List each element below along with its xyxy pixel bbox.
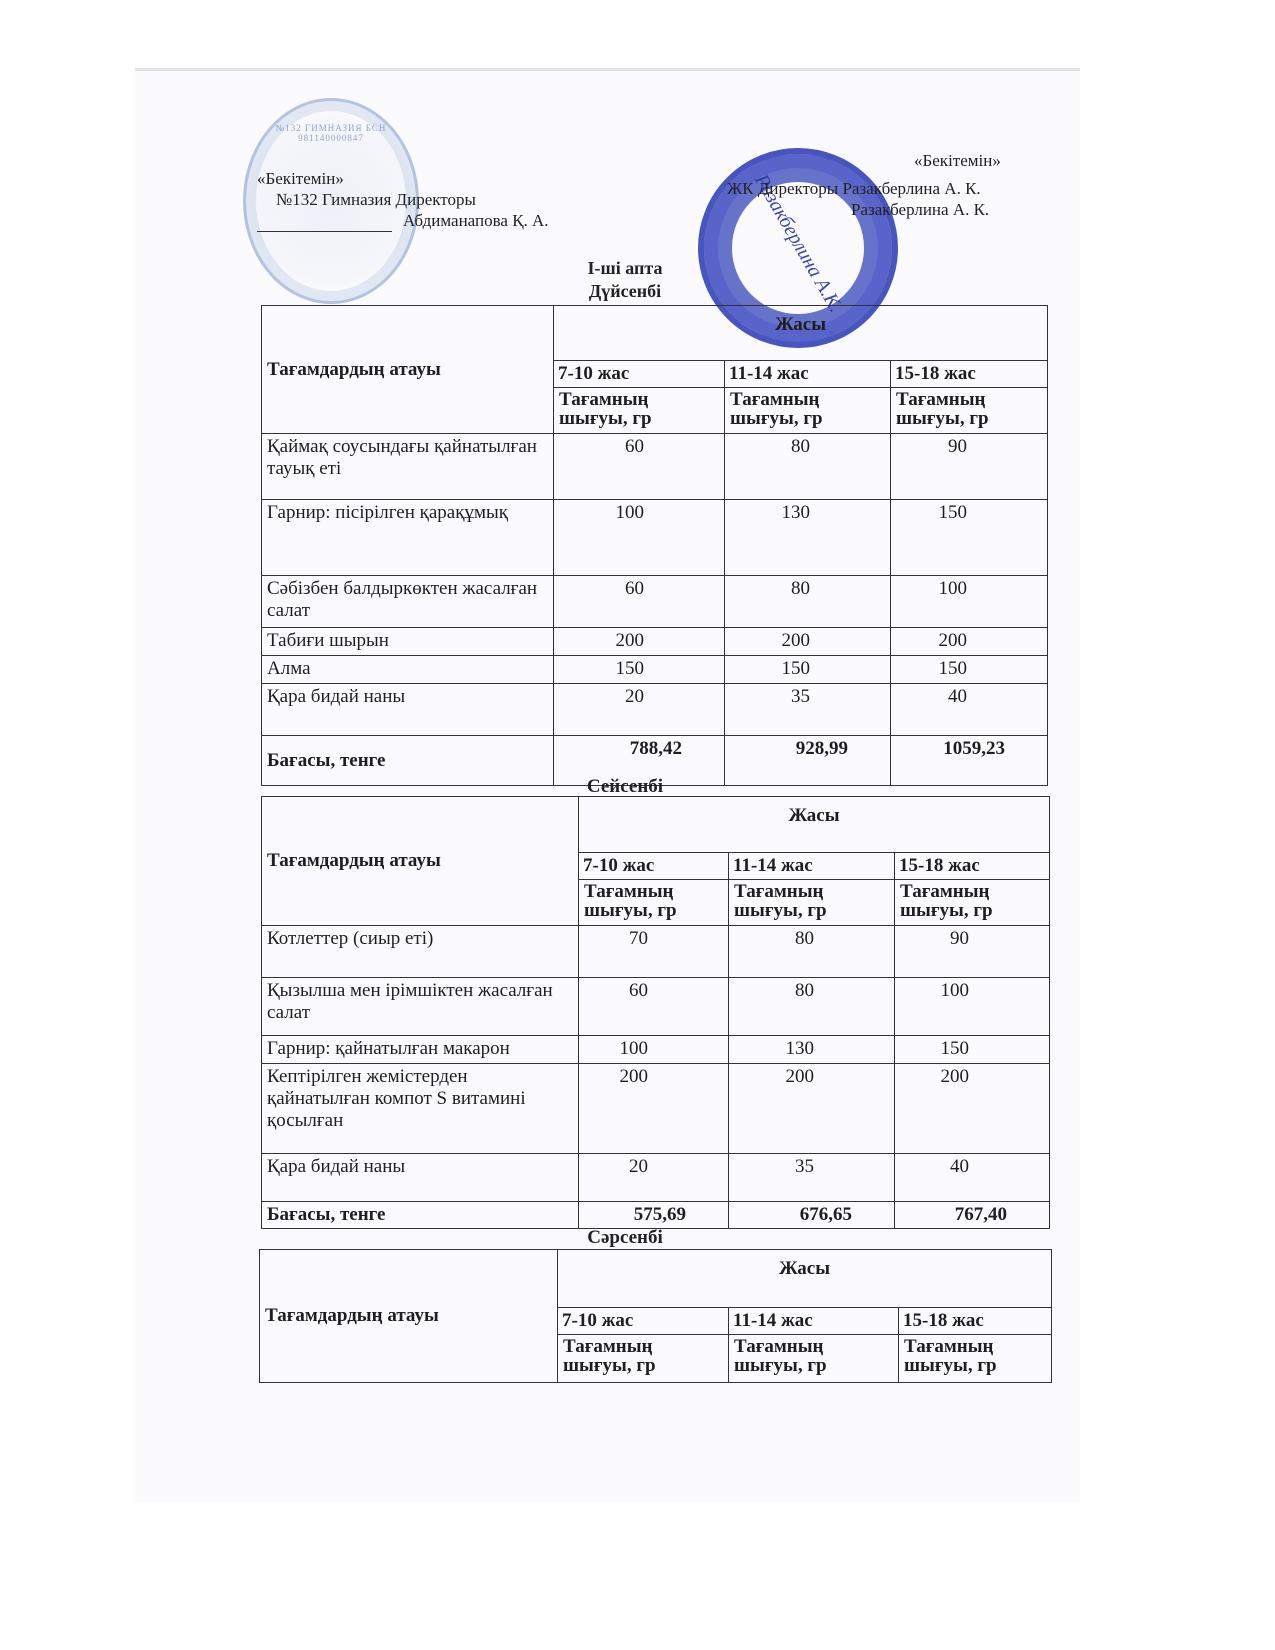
week-title: І-ші апта <box>560 258 690 279</box>
dish-name: Алма <box>262 656 554 684</box>
dish-name: Қаймақ соусындағы қайнатылған тауық еті <box>262 434 554 500</box>
portion-value: 35 <box>729 1154 895 1202</box>
unit-header: Тағамның шығуы, гр <box>899 1335 1052 1383</box>
portion-value: 100 <box>579 1036 729 1064</box>
unit-header: Тағамның шығуы, гр <box>725 388 891 434</box>
table-row: Котлеттер (сиыр еті)708090 <box>262 926 1050 978</box>
approve-right: «Бекітемін» <box>914 150 1001 171</box>
portion-value: 90 <box>895 926 1050 978</box>
age-header: 11-14 жас <box>729 1308 899 1335</box>
portion-value: 80 <box>725 576 891 628</box>
school-stamp-text: №132 ГИМНАЗИЯ БСН 981140000847 <box>246 123 416 143</box>
price-label: Бағасы, тенге <box>262 736 554 786</box>
age-header: 15-18 жас <box>899 1308 1052 1335</box>
portion-value: 20 <box>579 1154 729 1202</box>
portion-value: 90 <box>891 434 1048 500</box>
dish-name: Қызылша мен ірімшіктен жасалған салат <box>262 978 579 1036</box>
price-value: 1059,23 <box>891 736 1048 786</box>
dish-name: Табиғи шырын <box>262 628 554 656</box>
portion-value: 150 <box>725 656 891 684</box>
table-row: Қаймақ соусындағы қайнатылған тауық еті6… <box>262 434 1048 500</box>
table-row: Алма150150150 <box>262 656 1048 684</box>
unit-header: Тағамның шығуы, гр <box>891 388 1048 434</box>
price-value: 928,99 <box>725 736 891 786</box>
table-row: Қара бидай наны203540 <box>262 1154 1050 1202</box>
portion-value: 150 <box>895 1036 1050 1064</box>
table-row: Кептірілген жемістерден қайнатылған комп… <box>262 1064 1050 1154</box>
portion-value: 60 <box>579 978 729 1036</box>
portion-value: 200 <box>891 628 1048 656</box>
table-row: Сәбізбен балдыркөктен жасалған салат6080… <box>262 576 1048 628</box>
approver-right-position: ЖК Директоры Разакберлина А. К. <box>727 178 981 199</box>
portion-value: 35 <box>725 684 891 736</box>
portion-value: 70 <box>579 926 729 978</box>
portion-value: 80 <box>729 926 895 978</box>
dish-name: Қара бидай наны <box>262 684 554 736</box>
age-header: 11-14 жас <box>729 853 895 880</box>
portion-value: 130 <box>729 1036 895 1064</box>
age-group-header: Жасы <box>579 797 1050 853</box>
portion-value: 200 <box>895 1064 1050 1154</box>
portion-value: 20 <box>554 684 725 736</box>
portion-value: 60 <box>554 434 725 500</box>
table-row: Гарнир: пісірілген қарақұмық100130150 <box>262 500 1048 576</box>
age-group-header: Жасы <box>558 1250 1052 1308</box>
menu-table-tuesday: Тағамдардың атауы Жасы 7-10 жас 11-14 жа… <box>261 796 1050 1229</box>
dish-name: Қара бидай наны <box>262 1154 579 1202</box>
portion-value: 200 <box>729 1064 895 1154</box>
portion-value: 130 <box>725 500 891 576</box>
portion-value: 40 <box>895 1154 1050 1202</box>
unit-header: Тағамның шығуы, гр <box>729 1335 899 1383</box>
name-column-header: Тағамдардың атауы <box>262 797 579 926</box>
age-header: 15-18 жас <box>895 853 1050 880</box>
unit-header: Тағамның шығуы, гр <box>895 880 1050 926</box>
portion-value: 60 <box>554 576 725 628</box>
unit-header: Тағамның шығуы, гр <box>729 880 895 926</box>
age-header: 7-10 жас <box>579 853 729 880</box>
portion-value: 200 <box>579 1064 729 1154</box>
portion-value: 200 <box>725 628 891 656</box>
menu-table-monday: Тағамдардың атауы Жасы 7-10 жас 11-14 жа… <box>261 305 1048 786</box>
table-row: Табиғи шырын200200200 <box>262 628 1048 656</box>
dish-name: Сәбізбен балдыркөктен жасалған салат <box>262 576 554 628</box>
table-row: Қара бидай наны203540 <box>262 684 1048 736</box>
portion-value: 100 <box>891 576 1048 628</box>
approve-left: «Бекітемін» <box>257 168 344 189</box>
approver-right-name: Разакберлина А. К. <box>851 199 989 220</box>
portion-value: 150 <box>554 656 725 684</box>
age-header: 7-10 жас <box>554 361 725 388</box>
name-column-header: Тағамдардың атауы <box>262 306 554 434</box>
price-label: Бағасы, тенге <box>262 1202 579 1229</box>
price-value: 575,69 <box>579 1202 729 1229</box>
portion-value: 100 <box>554 500 725 576</box>
dish-name: Гарнир: пісірілген қарақұмық <box>262 500 554 576</box>
age-header: 7-10 жас <box>558 1308 729 1335</box>
unit-header: Тағамның шығуы, гр <box>558 1335 729 1383</box>
unit-header: Тағамның шығуы, гр <box>554 388 725 434</box>
price-value: 767,40 <box>895 1202 1050 1229</box>
signature-line <box>257 231 392 232</box>
portion-value: 80 <box>725 434 891 500</box>
portion-value: 80 <box>729 978 895 1036</box>
day-title-wednesday: Сәрсенбі <box>560 1227 690 1249</box>
portion-value: 150 <box>891 656 1048 684</box>
portion-value: 200 <box>554 628 725 656</box>
table-row: Қызылша мен ірімшіктен жасалған салат608… <box>262 978 1050 1036</box>
dish-name: Кептірілген жемістерден қайнатылған комп… <box>262 1064 579 1154</box>
approver-left-position: №132 Гимназия Директоры <box>276 189 476 210</box>
name-column-header: Тағамдардың атауы <box>260 1250 558 1383</box>
portion-value: 150 <box>891 500 1048 576</box>
dish-name: Котлеттер (сиыр еті) <box>262 926 579 978</box>
dish-name: Гарнир: қайнатылған макарон <box>262 1036 579 1064</box>
day-title-monday: Дүйсенбі <box>560 281 690 302</box>
day-title-tuesday: Сейсенбі <box>560 776 690 798</box>
age-group-header: Жасы <box>554 306 1048 361</box>
table-row: Гарнир: қайнатылған макарон100130150 <box>262 1036 1050 1064</box>
unit-header: Тағамның шығуы, гр <box>579 880 729 926</box>
age-header: 15-18 жас <box>891 361 1048 388</box>
portion-value: 40 <box>891 684 1048 736</box>
price-row: Бағасы, тенге575,69676,65767,40 <box>262 1202 1050 1229</box>
menu-table-wednesday: Тағамдардың атауы Жасы 7-10 жас 11-14 жа… <box>259 1249 1052 1383</box>
age-header: 11-14 жас <box>725 361 891 388</box>
portion-value: 100 <box>895 978 1050 1036</box>
approver-left-name: Абдиманапова Қ. А. <box>403 210 549 231</box>
price-value: 676,65 <box>729 1202 895 1229</box>
